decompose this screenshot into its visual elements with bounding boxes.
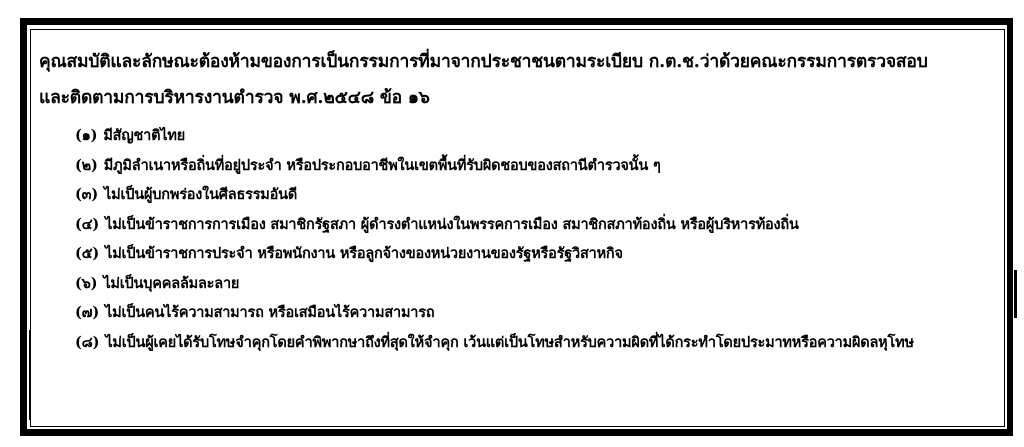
title-line-2: และติดตามการบริหารงานตำรวจ พ.ศ.๒๕๔๘ ข้อ … (39, 80, 996, 116)
item-number: (๘) (75, 328, 99, 358)
list-item: (๑)มีสัญชาติไทย (75, 121, 914, 151)
item-text: ไม่เป็นผู้เคยได้รับโทษจำคุกโดยคำพิพากษาถ… (105, 334, 914, 351)
item-text: มีภูมิลำเนาหรือถิ่นที่อยู่ประจำ หรือประก… (104, 157, 661, 174)
inner-border: คุณสมบัติและลักษณะต้องห้ามของการเป็นกรรม… (30, 29, 1005, 427)
item-number: (๒) (75, 151, 98, 181)
item-number: (๖) (75, 269, 97, 299)
title-line-1: คุณสมบัติและลักษณะต้องห้ามของการเป็นกรรม… (39, 44, 996, 80)
item-number: (๑) (75, 121, 97, 151)
list-item: (๕)ไม่เป็นข้าราชการประจำ หรือพนักงาน หรื… (75, 239, 914, 269)
item-number: (๕) (75, 239, 99, 269)
frame-mark-right (1014, 270, 1017, 318)
item-text: ไม่เป็นบุคคลล้มละลาย (103, 275, 239, 292)
document-frame: คุณสมบัติและลักษณะต้องห้ามของการเป็นกรรม… (20, 18, 1013, 436)
item-number: (๔) (75, 210, 99, 240)
list-item: (๒)มีภูมิลำเนาหรือถิ่นที่อยู่ประจำ หรือป… (75, 151, 914, 181)
criteria-list: (๑)มีสัญชาติไทย (๒)มีภูมิลำเนาหรือถิ่นที… (75, 121, 914, 357)
item-text: ไม่เป็นข้าราชการการเมือง สมาชิกรัฐสภา ผู… (105, 216, 799, 233)
item-text: ไม่เป็นผู้บกพร่องในศีลธรรมอันดี (104, 186, 297, 203)
item-text: ไม่เป็นคนไร้ความสามารถ หรือเสมือนไร้ความ… (105, 304, 434, 321)
item-number: (๓) (75, 180, 98, 210)
list-item: (๗)ไม่เป็นคนไร้ความสามารถ หรือเสมือนไร้ค… (75, 298, 914, 328)
frame-shadow-line-left (29, 330, 31, 420)
list-item: (๔)ไม่เป็นข้าราชการการเมือง สมาชิกรัฐสภา… (75, 210, 914, 240)
document-title: คุณสมบัติและลักษณะต้องห้ามของการเป็นกรรม… (39, 44, 996, 116)
list-item: (๖)ไม่เป็นบุคคลล้มละลาย (75, 269, 914, 299)
item-text: มีสัญชาติไทย (103, 127, 185, 144)
item-number: (๗) (75, 298, 99, 328)
list-item: (๘)ไม่เป็นผู้เคยได้รับโทษจำคุกโดยคำพิพาก… (75, 328, 914, 358)
item-text: ไม่เป็นข้าราชการประจำ หรือพนักงาน หรือลู… (105, 245, 623, 262)
list-item: (๓)ไม่เป็นผู้บกพร่องในศีลธรรมอันดี (75, 180, 914, 210)
